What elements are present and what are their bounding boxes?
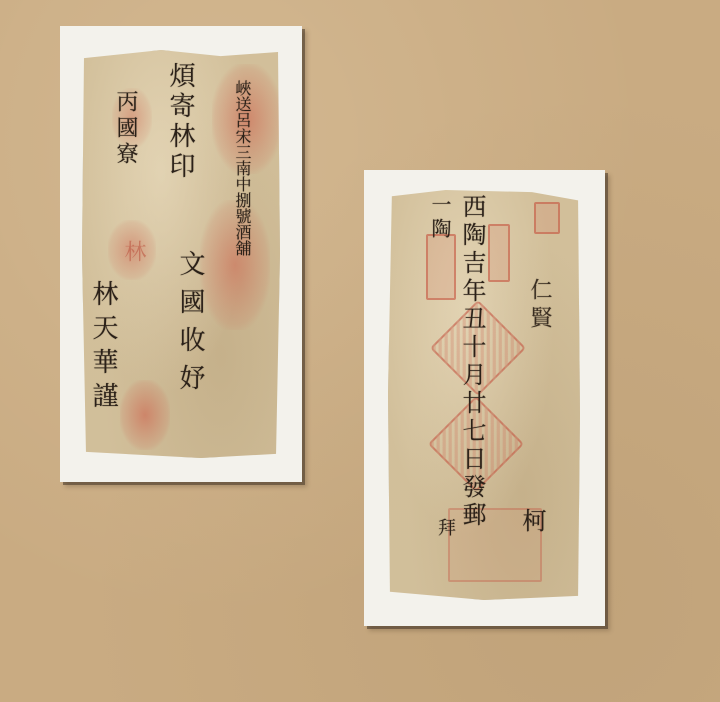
right-envelope: 西陶吉年丑十月廿七日發郵 一陶 仁賢 柯 拜 [388, 188, 580, 600]
red-seal-stamp [426, 234, 456, 300]
calligraphy-character: 柯 [518, 508, 546, 534]
calligraphy-column: 西陶吉年丑十月廿七日發郵 [458, 194, 486, 530]
red-seal-stamp [534, 202, 560, 234]
right-envelope-mat: 西陶吉年丑十月廿七日發郵 一陶 仁賢 柯 拜 [364, 170, 605, 626]
left-envelope-mat: 峽送呂宋三南中捌號酒舖 煩寄林印 文國收妤 丙國寮 林天華謹 林 [60, 26, 302, 482]
calligraphy-column: 一陶 [428, 194, 452, 242]
red-seal-stamp [488, 224, 510, 282]
calligraphy-column: 煩寄林印 [166, 62, 194, 182]
calligraphy-column: 丙國寮 [112, 90, 138, 168]
calligraphy-column: 林天華謹 [88, 280, 118, 416]
left-envelope: 峽送呂宋三南中捌號酒舖 煩寄林印 文國收妤 丙國寮 林天華謹 林 [82, 50, 280, 458]
calligraphy-column: 仁賢 [526, 278, 552, 334]
calligraphy-column: 文國收妤 [176, 250, 204, 402]
faint-red-character: 林 [118, 240, 149, 264]
calligraphy-character: 拜 [434, 518, 456, 538]
red-seal-stamp [120, 380, 170, 450]
calligraphy-column: 峽送呂宋三南中捌號酒舖 [232, 80, 252, 256]
